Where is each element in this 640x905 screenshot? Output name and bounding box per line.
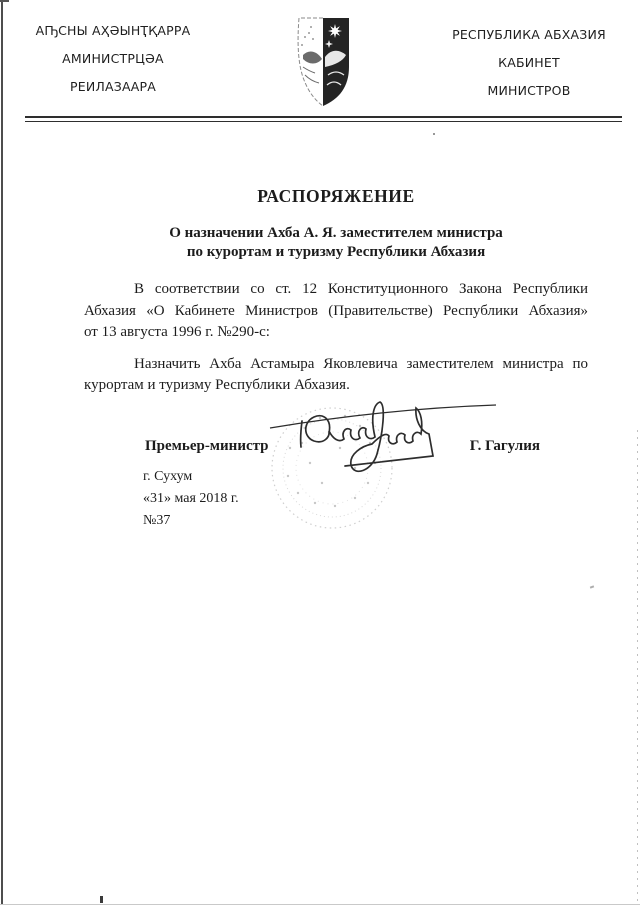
issued-number: №37	[143, 510, 239, 532]
coat-of-arms-icon	[291, 15, 355, 110]
paragraph-line: от 13 августа 1996 г. №290-с:	[84, 322, 588, 344]
letterhead-line: КАБИНЕТ	[430, 49, 628, 77]
document-subject: О назначении Ахба А. Я. заместителем мин…	[84, 224, 588, 262]
paragraph-line: Абхазия «О Кабинете Министров (Правитель…	[84, 301, 588, 323]
letterhead-right: РЕСПУБЛИКА АБХАЗИЯ КАБИНЕТ МИНИСТРОВ	[430, 21, 628, 105]
letterhead-line: РЕСПУБЛИКА АБХАЗИЯ	[430, 21, 628, 49]
scan-edge-right	[637, 430, 638, 905]
subject-line: О назначении Ахба А. Я. заместителем мин…	[84, 224, 588, 243]
signature-row: Премьер-министр Г. Гагулия	[145, 438, 540, 455]
letterhead-divider-rule	[25, 116, 622, 122]
letterhead-left: АҦСНЫ АҲӘЫНҬҚАРРА АМИНИСТРЦӘА РЕИЛАЗААРА	[18, 17, 208, 101]
scan-artifact	[0, 0, 9, 2]
scan-artifact	[100, 896, 103, 903]
letterhead-line: АМИНИСТРЦӘА	[18, 45, 208, 73]
paragraph-line: курортам и туризму Республики Абхазия.	[84, 375, 588, 397]
scan-artifact	[590, 585, 594, 588]
body-paragraph: Назначить Ахба Астамыра Яковлевича замес…	[84, 354, 588, 397]
letterhead-line: АҦСНЫ АҲӘЫНҬҚАРРА	[18, 17, 208, 45]
letterhead-line: МИНИСТРОВ	[430, 77, 628, 105]
issuance-block: г. Сухум «31» мая 2018 г. №37	[143, 466, 239, 532]
document-title: РАСПОРЯЖЕНИЕ	[84, 186, 588, 207]
signature-role: Премьер-министр	[145, 438, 269, 455]
scanned-document-page: АҦСНЫ АҲӘЫНҬҚАРРА АМИНИСТРЦӘА РЕИЛАЗААРА…	[0, 0, 640, 905]
paragraph-line: Назначить Ахба Астамыра Яковлевича замес…	[84, 354, 588, 376]
signature-name: Г. Гагулия	[470, 438, 540, 455]
issued-date: «31» мая 2018 г.	[143, 488, 239, 510]
body-paragraph: В соответствии со ст. 12 Конституционног…	[84, 279, 588, 344]
subject-line: по курортам и туризму Республики Абхазия	[84, 243, 588, 262]
paragraph-line: В соответствии со ст. 12 Конституционног…	[84, 279, 588, 301]
round-stamp-icon	[272, 408, 392, 528]
document-body: В соответствии со ст. 12 Конституционног…	[84, 279, 588, 407]
issued-place: г. Сухум	[143, 466, 239, 488]
signature-overlay	[250, 388, 550, 533]
scan-edge-left	[1, 0, 3, 905]
letterhead-line: РЕИЛАЗААРА	[18, 73, 208, 101]
scan-artifact	[433, 133, 435, 135]
signature-scrawl-icon	[270, 402, 496, 471]
